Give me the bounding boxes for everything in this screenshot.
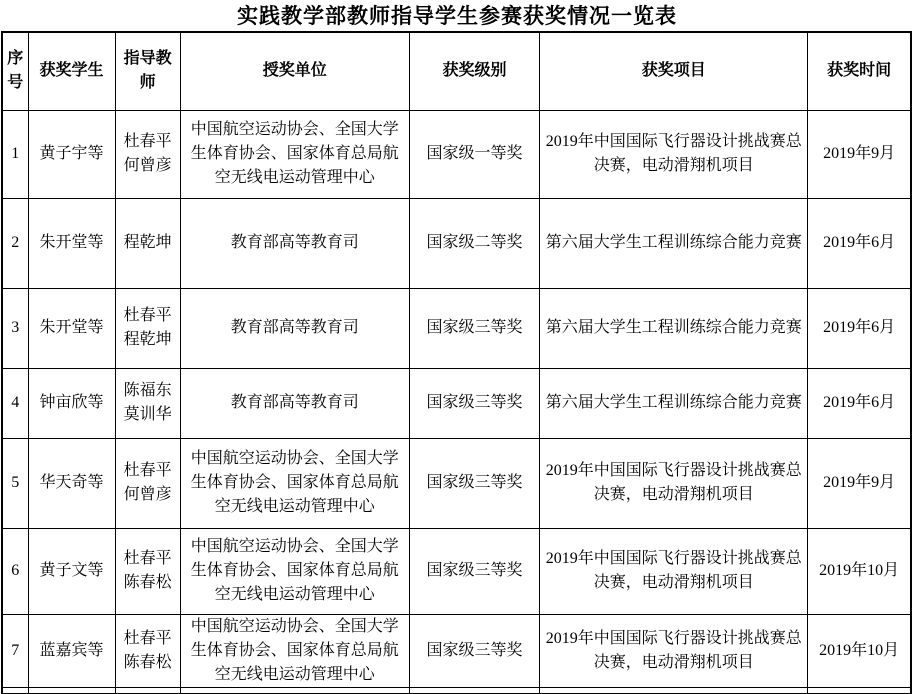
page-title: 实践教学部教师指导学生参赛获奖情况一览表	[0, 4, 914, 30]
cell-empty	[2, 687, 28, 694]
table-row: 2 朱开堂等 程乾坤 教育部高等教育司 国家级二等奖 第六届大学生工程训练综合能…	[2, 198, 911, 288]
cell-level: 国家级三等奖	[409, 368, 539, 438]
cell-level: 国家级三等奖	[409, 288, 539, 368]
cell-project: 第六届大学生工程训练综合能力竞赛	[540, 198, 808, 288]
cell-teachers: 杜春平 陈春松	[115, 614, 180, 687]
header-students: 获奖学生	[28, 32, 115, 110]
cell-project: 2019年中国国际飞行器设计挑战赛总决赛，电动滑翔机项目	[540, 614, 808, 687]
cell-no: 5	[2, 438, 28, 528]
cell-level: 国家级三等奖	[409, 614, 539, 687]
cell-level: 国家级三等奖	[409, 528, 539, 614]
table-row: 6 黄子文等 杜春平 陈春松 中国航空运动协会、全国大学生体育协会、国家体育总局…	[2, 528, 911, 614]
cell-students: 华天奇等	[28, 438, 115, 528]
cell-students: 朱开堂等	[28, 288, 115, 368]
cell-time: 2019年6月	[808, 198, 911, 288]
cell-empty	[180, 687, 409, 694]
cell-no: 3	[2, 288, 28, 368]
table-row: 5 华天奇等 杜春平 何曾彦 中国航空运动协会、全国大学生体育协会、国家体育总局…	[2, 438, 911, 528]
cell-org: 教育部高等教育司	[180, 198, 409, 288]
cell-empty	[409, 687, 539, 694]
header-time: 获奖时间	[808, 32, 911, 110]
cell-students: 钟亩欣等	[28, 368, 115, 438]
cell-students: 黄子文等	[28, 528, 115, 614]
header-teachers: 指导教师	[115, 32, 180, 110]
cell-empty	[540, 687, 808, 694]
cell-project: 2019年中国国际飞行器设计挑战赛总决赛，电动滑翔机项目	[540, 110, 808, 198]
cell-project: 2019年中国国际飞行器设计挑战赛总决赛，电动滑翔机项目	[540, 438, 808, 528]
cell-empty	[28, 687, 115, 694]
cell-time: 2019年10月	[808, 614, 911, 687]
table-row-cutoff	[2, 687, 911, 694]
table-header-row: 序号 获奖学生 指导教师 授奖单位 获奖级别 获奖项目 获奖时间	[2, 32, 911, 110]
cell-project: 2019年中国国际飞行器设计挑战赛总决赛，电动滑翔机项目	[540, 528, 808, 614]
cell-org: 中国航空运动协会、全国大学生体育协会、国家体育总局航空无线电运动管理中心	[180, 614, 409, 687]
cell-teachers: 杜春平 程乾坤	[115, 288, 180, 368]
cell-empty	[808, 687, 911, 694]
cell-level: 国家级一等奖	[409, 110, 539, 198]
cell-no: 7	[2, 614, 28, 687]
table-row: 1 黄子宇等 杜春平 何曾彦 中国航空运动协会、全国大学生体育协会、国家体育总局…	[2, 110, 911, 198]
cell-teachers: 陈福东 莫训华	[115, 368, 180, 438]
cell-org: 中国航空运动协会、全国大学生体育协会、国家体育总局航空无线电运动管理中心	[180, 438, 409, 528]
cell-teachers: 杜春平 何曾彦	[115, 438, 180, 528]
cell-students: 朱开堂等	[28, 198, 115, 288]
cell-time: 2019年6月	[808, 368, 911, 438]
header-no: 序号	[2, 32, 28, 110]
cell-students: 蓝嘉宾等	[28, 614, 115, 687]
cell-level: 国家级二等奖	[409, 198, 539, 288]
header-level: 获奖级别	[409, 32, 539, 110]
cell-no: 6	[2, 528, 28, 614]
cell-time: 2019年6月	[808, 288, 911, 368]
awards-table: 序号 获奖学生 指导教师 授奖单位 获奖级别 获奖项目 获奖时间 1 黄子宇等 …	[1, 31, 912, 694]
document-page: 实践教学部教师指导学生参赛获奖情况一览表 序号 获奖学生 指导教师 授奖单位 获…	[0, 0, 914, 694]
cell-time: 2019年9月	[808, 438, 911, 528]
cell-empty	[115, 687, 180, 694]
cell-org: 中国航空运动协会、全国大学生体育协会、国家体育总局航空无线电运动管理中心	[180, 528, 409, 614]
cell-no: 4	[2, 368, 28, 438]
header-org: 授奖单位	[180, 32, 409, 110]
cell-level: 国家级三等奖	[409, 438, 539, 528]
cell-teachers: 杜春平 陈春松	[115, 528, 180, 614]
cell-project: 第六届大学生工程训练综合能力竞赛	[540, 288, 808, 368]
table-row: 4 钟亩欣等 陈福东 莫训华 教育部高等教育司 国家级三等奖 第六届大学生工程训…	[2, 368, 911, 438]
cell-students: 黄子宇等	[28, 110, 115, 198]
cell-project: 第六届大学生工程训练综合能力竞赛	[540, 368, 808, 438]
table-row: 3 朱开堂等 杜春平 程乾坤 教育部高等教育司 国家级三等奖 第六届大学生工程训…	[2, 288, 911, 368]
cell-org: 教育部高等教育司	[180, 368, 409, 438]
cell-no: 2	[2, 198, 28, 288]
cell-org: 中国航空运动协会、全国大学生体育协会、国家体育总局航空无线电运动管理中心	[180, 110, 409, 198]
cell-no: 1	[2, 110, 28, 198]
cell-time: 2019年9月	[808, 110, 911, 198]
header-project: 获奖项目	[540, 32, 808, 110]
cell-org: 教育部高等教育司	[180, 288, 409, 368]
cell-teachers: 杜春平 何曾彦	[115, 110, 180, 198]
cell-time: 2019年10月	[808, 528, 911, 614]
table-row: 7 蓝嘉宾等 杜春平 陈春松 中国航空运动协会、全国大学生体育协会、国家体育总局…	[2, 614, 911, 687]
cell-teachers: 程乾坤	[115, 198, 180, 288]
